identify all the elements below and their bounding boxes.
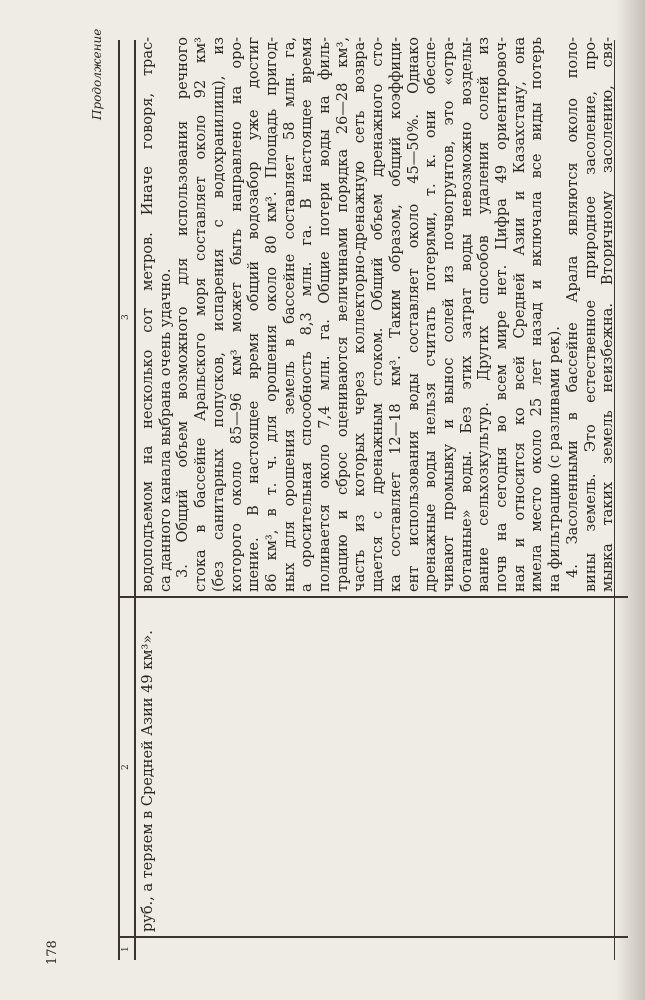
text-line: часть из которых через коллекторно-дрена… (352, 37, 370, 592)
text-line: которого около 85—96 км³ может быть напр… (229, 37, 247, 592)
text-line: ная и относится ко всей Средней Азии и К… (512, 37, 530, 592)
text-line: (без санитарных попусков, испарения с во… (211, 37, 229, 592)
text-line: поливается около 7,4 млн. га. Общие поте… (317, 37, 335, 592)
text-line: са данного канала выбрана очень удачно. (158, 37, 176, 592)
text-line: стока в бассейне Аральского моря составл… (193, 37, 211, 592)
column-number-3: 3 (121, 314, 131, 320)
text-line: мывка таких земель неизбежна. Вторичному… (600, 37, 618, 592)
column-divider-1 (118, 936, 628, 938)
text-line: ка составляет 12—18 км³. Таким образом, … (388, 37, 406, 592)
text-line: вание сельхозкультур. Других способов уд… (476, 37, 494, 592)
rotated-page: Продолжение 1 2 3 руб., а теряем в Средн… (0, 0, 645, 1000)
text-line: 86 км³, в т. ч. для орошения около 80 км… (264, 37, 282, 592)
table-header-rule (134, 40, 136, 960)
table-cell-col3: водоподъемом на несколько сот метров. Ин… (140, 37, 618, 592)
table-cell-col2: руб., а теряем в Средней Азии 49 км³». (140, 602, 156, 932)
column-number-1: 1 (121, 946, 131, 952)
text-line: имела место около 25 лет назад и включал… (529, 37, 547, 592)
text-line: дренажные воды нельзя считать потерями, … (423, 37, 441, 592)
text-line: а оросительная способность 8,3 млн. га. … (299, 37, 317, 592)
text-line: ных для орошения земель в бассейне соста… (282, 37, 300, 592)
text-line: почв на сегодня во всем мире нет. Цифра … (494, 37, 512, 592)
text-line: чивают промывку и вынос солей из почвогр… (441, 37, 459, 592)
column-number-2: 2 (121, 764, 131, 770)
text-line: щается с дренажным стоком. Общий объем д… (370, 37, 388, 592)
column-divider-2 (118, 596, 628, 598)
page-number: 178 (45, 940, 60, 965)
text-line: ент использования воды составляет около … (406, 37, 424, 592)
text-line: вины земель. Это естественное природное … (583, 37, 601, 592)
text-line: водоподъемом на несколько сот метров. Ин… (140, 37, 158, 592)
text-line: на фильтрацию (с разливами рек). (547, 37, 565, 592)
table-top-rule (118, 40, 120, 960)
text-line: ботанные» воды. Без этих затрат воды нев… (459, 37, 477, 592)
text-line: трацию и сброс оцениваются величинами по… (335, 37, 353, 592)
text-line: 4. Засоленными в бассейне Арала являются… (565, 37, 583, 592)
text-line: 3. Общий объем возможного для использова… (175, 37, 193, 592)
continuation-label: Продолжение (90, 29, 104, 120)
text-line: шение. В настоящее время общий водозабор… (246, 37, 264, 592)
